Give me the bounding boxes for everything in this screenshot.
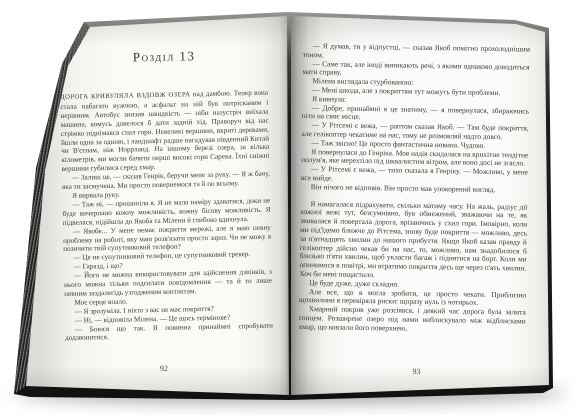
body-paragraph: Він нічого не відповів. Він просто мав у… — [301, 183, 528, 195]
left-page-text: Дорога кривуляла вздовж озера над дамбою… — [60, 89, 273, 344]
opening-lead-smallcaps: Дорога кривуляла вздовж озера — [60, 91, 191, 101]
body-paragraph: Я намагалася підрахувати, скільки матиму… — [299, 200, 527, 283]
book-photo-scene: Розділ 13 Дорога кривуляла вздовж озера … — [0, 0, 580, 415]
body-paragraph: Хмарний покрив уже розсіявся, і деякий ч… — [298, 305, 525, 335]
body-paragraph: — Таж ні, — прошипіла я. Я не мала намір… — [62, 196, 271, 227]
body-paragraph: Дорога кривуляла вздовж озера над дамбою… — [60, 89, 270, 174]
opening-rest: над дамбою. Тепер вона стала набагато ву… — [60, 89, 269, 174]
right-page-text: — Я думав, ти у відпустці, — сказав Якоб… — [298, 42, 530, 335]
